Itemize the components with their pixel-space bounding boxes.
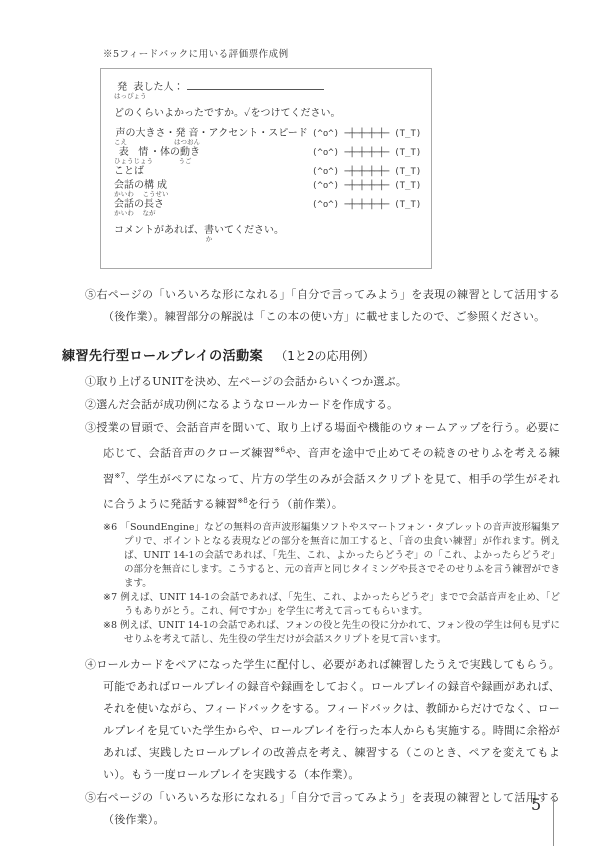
step-item-2: ②選んだ会話が成功例になるようなロールカードを作成する。 (85, 394, 560, 416)
happy-emoticon: (^o^) (312, 129, 339, 139)
rating-row: 会話かいわの長ながさ (^o^) ─┼─┼─┼─┼─ (T_T) (114, 199, 419, 216)
sad-emoticon: (T_T) (394, 129, 421, 139)
rating-row: 声こえの大きさ・発音はつおん・アクセント・スピード (^o^) ─┼─┼─┼─┼… (114, 128, 419, 145)
happy-emoticon: (^o^) (312, 167, 339, 177)
happy-emoticon: (^o^) (312, 148, 339, 158)
scale-line: ─┼─┼─┼─┼─ (345, 167, 389, 177)
sad-emoticon: (T_T) (394, 167, 421, 177)
rating-scale: (^o^) ─┼─┼─┼─┼─ (T_T) (312, 166, 421, 178)
document-page: ※5フィードバックに用いる評価票作成例 発表はっぴょうした人： どのくらいよかっ… (0, 0, 600, 846)
step-item-4: ④ロールカードをペアになった学生に配付し、必要があれば練習したうえで実践してもら… (85, 654, 560, 786)
sad-emoticon: (T_T) (394, 181, 421, 191)
rating-label: ことば (114, 166, 312, 179)
sad-emoticon: (T_T) (394, 200, 421, 210)
section-heading: 練習先行型ロールプレイの活動案 （1と2の応用例） (62, 345, 560, 364)
happy-emoticon: (^o^) (312, 200, 339, 210)
form-instruction: どのくらいよかったですか。✓をつけてください。 (114, 108, 419, 121)
rating-scale: (^o^) ─┼─┼─┼─┼─ (T_T) (312, 180, 421, 192)
rating-scale: (^o^) ─┼─┼─┼─┼─ (T_T) (312, 128, 421, 140)
footnotes-block: ※6「SoundEngine」などの無料の音声波形編集ソフトやスマートフォン・タ… (103, 521, 560, 647)
note5-header: ※5フィードバックに用いる評価票作成例 (103, 46, 560, 60)
rating-label: 声こえの大きさ・発音はつおん・アクセント・スピード (114, 128, 312, 145)
footnote-6-text: 「SoundEngine」などの無料の音声波形編集ソフトやスマートフォン・タブレ… (120, 522, 560, 589)
footnote-8-marker: ※8 (103, 620, 117, 631)
rating-row: ことば (^o^) ─┼─┼─┼─┼─ (T_T) (114, 166, 419, 179)
rating-label: 会話かいわの長ながさ (114, 199, 312, 216)
sad-emoticon: (T_T) (394, 148, 421, 158)
presenter-label: 発表はっぴょうした人： (114, 82, 184, 93)
scale-line: ─┼─┼─┼─┼─ (345, 129, 389, 139)
footnote-7-text: 例えば、UNIT 14-1の会話であれば、「先生、これ、よかったらどうぞ」までで… (120, 592, 560, 617)
rating-row: 表情ひょうじょう・体の動うごき (^o^) ─┼─┼─┼─┼─ (T_T) (114, 147, 419, 164)
footnote-6-marker: ※6 (103, 522, 117, 533)
evaluation-form-box: 発表はっぴょうした人： どのくらいよかったですか。✓をつけてください。 声こえの… (100, 68, 432, 269)
section-heading-subtitle: （1と2の応用例） (275, 349, 374, 363)
scale-line: ─┼─┼─┼─┼─ (345, 200, 389, 210)
scale-line: ─┼─┼─┼─┼─ (345, 148, 389, 158)
footnote-7-marker: ※7 (103, 592, 117, 603)
step-item-5: ⑤右ページの「いろいろな形になれる」「自分で言ってみよう」を表現の練習として活用… (85, 787, 560, 831)
step-item-5-intro: ⑤右ページの「いろいろな形になれる」「自分で言ってみよう」を表現の練習として活用… (85, 284, 560, 328)
step-item-1: ①取り上げるUNITを決め、左ページの会話からいくつか選ぶ。 (85, 371, 560, 393)
presenter-underline (187, 79, 324, 90)
comment-prompt: コメントがあれば、書かいてください。 (114, 225, 419, 242)
happy-emoticon: (^o^) (312, 181, 339, 191)
rating-row: 会話かいわの構成こうせい (^o^) ─┼─┼─┼─┼─ (T_T) (114, 180, 419, 197)
scale-line: ─┼─┼─┼─┼─ (345, 181, 389, 191)
page-number: 5 (531, 795, 541, 814)
footer-rule (553, 797, 554, 846)
section-heading-title: 練習先行型ロールプレイの活動案 (62, 349, 263, 364)
footnote-8-text: 例えば、UNIT 14-1の会話であれば、フォンの役と先生の役に分かれて、フォン… (120, 620, 560, 645)
footnote-8: ※8例えば、UNIT 14-1の会話であれば、フォンの役と先生の役に分かれて、フ… (103, 619, 560, 647)
step-item-3: ③授業の冒頭で、会話音声を聞いて、取り上げる場面や機能のウォームアップを行う。必… (85, 417, 560, 516)
presenter-line: 発表はっぴょうした人： (114, 79, 419, 99)
rating-label: 会話かいわの構成こうせい (114, 180, 312, 197)
footnote-6: ※6「SoundEngine」などの無料の音声波形編集ソフトやスマートフォン・タ… (103, 521, 560, 591)
rating-scale: (^o^) ─┼─┼─┼─┼─ (T_T) (312, 199, 421, 211)
rating-scale: (^o^) ─┼─┼─┼─┼─ (T_T) (312, 147, 421, 159)
footnote-7: ※7例えば、UNIT 14-1の会話であれば、「先生、これ、よかったらどうぞ」ま… (103, 591, 560, 619)
rating-label: 表情ひょうじょう・体の動うごき (114, 147, 312, 164)
